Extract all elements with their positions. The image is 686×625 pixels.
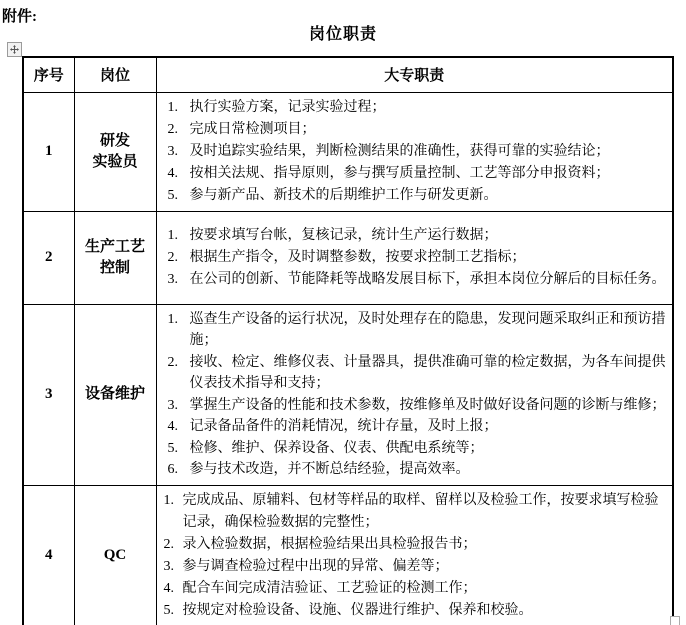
row-number: 1 <box>23 92 74 211</box>
duty-text: 录入检验数据，根据检验结果出具检验报告书； <box>183 534 669 556</box>
table-row: 1研发 实验员1.执行实验方案，记录实验过程；2.完成日常检测项目；3.及时追踪… <box>23 92 673 211</box>
move-cross-icon <box>10 45 19 54</box>
duty-text: 按规定对检验设备、设施、仪器进行维护、保养和校验。 <box>183 600 669 622</box>
duty-item: 3.及时追踪实验结果，判断检测结果的准确性，获得可靠的实验结论； <box>168 141 669 163</box>
duty-item: 5.参与新产品、新技术的后期维护工作与研发更新。 <box>168 185 669 207</box>
duty-item: 5.按规定对检验设备、设施、仪器进行维护、保养和校验。 <box>164 600 669 622</box>
table-resize-handle[interactable] <box>670 616 680 625</box>
duties-cell: 1.巡查生产设备的运行状况，及时处理存在的隐患，发现问题采取纠正和预访措施；2.… <box>156 304 673 485</box>
duties-cell: 1.执行实验方案，记录实验过程；2.完成日常检测项目；3.及时追踪实验结果，判断… <box>156 92 673 211</box>
row-number: 2 <box>23 211 74 304</box>
duty-item: 3.在公司的创新、节能降耗等战略发展目标下，承担本岗位分解后的目标任务。 <box>168 269 669 291</box>
duty-item: 2.接收、检定、维修仪表、计量器具，提供准确可靠的检定数据，为各车间提供仪表技术… <box>168 352 669 395</box>
duty-number: 2. <box>168 247 190 269</box>
duty-item: 4.配合车间完成清洁验证、工艺验证的检测工作； <box>164 578 669 600</box>
duty-number: 2. <box>168 119 190 141</box>
table-move-handle[interactable] <box>7 42 22 57</box>
duty-item: 1.按要求填写台帐，复核记录，统计生产运行数据； <box>168 225 669 247</box>
position-name: 设备维护 <box>74 304 156 485</box>
duty-number: 3. <box>168 395 190 417</box>
duty-item: 4.记录备品备件的消耗情况，统计存量，及时上报； <box>168 416 669 438</box>
duty-text: 检修、维护、保养设备、仪表、供配电系统等； <box>190 438 669 460</box>
duty-text: 参与技术改造，并不断总结经验，提高效率。 <box>190 459 669 481</box>
row-number: 4 <box>23 485 74 625</box>
duties-cell: 1.按要求填写台帐，复核记录，统计生产运行数据；2.根据生产指令，及时调整参数，… <box>156 211 673 304</box>
duty-number: 3. <box>164 556 183 578</box>
position-name: 研发 实验员 <box>74 92 156 211</box>
duty-text: 记录备品备件的消耗情况，统计存量，及时上报； <box>190 416 669 438</box>
duty-number: 2. <box>168 352 190 374</box>
duty-text: 参与新产品、新技术的后期维护工作与研发更新。 <box>190 185 669 207</box>
duty-text: 参与调查检验过程中出现的异常、偏差等； <box>183 556 669 578</box>
duty-item: 3.参与调查检验过程中出现的异常、偏差等； <box>164 556 669 578</box>
column-header-duties: 大专职责 <box>156 57 673 92</box>
document-page: 附件: 岗位职责 序号 岗位 大专职责 1研发 实验员1.执行实验方案，记录实验… <box>0 0 686 625</box>
duty-number: 1. <box>168 309 190 331</box>
duty-text: 在公司的创新、节能降耗等战略发展目标下，承担本岗位分解后的目标任务。 <box>190 269 669 291</box>
duty-item: 2.根据生产指令，及时调整参数，按要求控制工艺指标； <box>168 247 669 269</box>
duty-text: 接收、检定、维修仪表、计量器具，提供准确可靠的检定数据，为各车间提供仪表技术指导… <box>190 352 669 395</box>
duty-number: 6. <box>168 459 190 481</box>
duty-number: 3. <box>168 269 190 291</box>
position-name: 生产工艺 控制 <box>74 211 156 304</box>
duty-text: 完成日常检测项目； <box>190 119 669 141</box>
duty-text: 配合车间完成清洁验证、工艺验证的检测工作； <box>183 578 669 600</box>
duty-text: 执行实验方案，记录实验过程； <box>190 97 669 119</box>
duty-number: 3. <box>168 141 190 163</box>
duty-item: 5.检修、维护、保养设备、仪表、供配电系统等； <box>168 438 669 460</box>
table-row: 4QC1.完成成品、原辅料、包材等样品的取样、留样以及检验工作，按要求填写检验记… <box>23 485 673 625</box>
duty-number: 1. <box>168 225 190 247</box>
table-row: 3设备维护1.巡查生产设备的运行状况，及时处理存在的隐患，发现问题采取纠正和预访… <box>23 304 673 485</box>
duty-item: 1.执行实验方案，记录实验过程； <box>168 97 669 119</box>
duty-number: 5. <box>168 438 190 460</box>
duty-text: 根据生产指令，及时调整参数，按要求控制工艺指标； <box>190 247 669 269</box>
table-row: 2生产工艺 控制1.按要求填写台帐，复核记录，统计生产运行数据；2.根据生产指令… <box>23 211 673 304</box>
column-header-number: 序号 <box>23 57 74 92</box>
duty-text: 巡查生产设备的运行状况，及时处理存在的隐患，发现问题采取纠正和预访措施； <box>190 309 669 352</box>
duty-text: 及时追踪实验结果，判断检测结果的准确性，获得可靠的实验结论； <box>190 141 669 163</box>
row-number: 3 <box>23 304 74 485</box>
duty-item: 2.完成日常检测项目； <box>168 119 669 141</box>
duty-text: 按要求填写台帐，复核记录，统计生产运行数据； <box>190 225 669 247</box>
duty-text: 完成成品、原辅料、包材等样品的取样、留样以及检验工作，按要求填写检验记录，确保检… <box>183 490 669 534</box>
duty-number: 4. <box>168 416 190 438</box>
duty-number: 1. <box>164 490 183 512</box>
column-header-position: 岗位 <box>74 57 156 92</box>
duty-item: 6.参与技术改造，并不断总结经验，提高效率。 <box>168 459 669 481</box>
duty-item: 1.巡查生产设备的运行状况，及时处理存在的隐患，发现问题采取纠正和预访措施； <box>168 309 669 352</box>
duty-number: 1. <box>168 97 190 119</box>
duty-number: 5. <box>168 185 190 207</box>
duties-cell: 1.完成成品、原辅料、包材等样品的取样、留样以及检验工作，按要求填写检验记录，确… <box>156 485 673 625</box>
duty-text: 掌握生产设备的性能和技术参数，按维修单及时做好设备问题的诊断与维修； <box>190 395 669 417</box>
table-header-row: 序号 岗位 大专职责 <box>23 57 673 92</box>
duty-text: 按相关法规、指导原则，参与撰写质量控制、工艺等部分申报资料； <box>190 163 669 185</box>
duty-number: 2. <box>164 534 183 556</box>
position-name: QC <box>74 485 156 625</box>
duties-table: 序号 岗位 大专职责 1研发 实验员1.执行实验方案，记录实验过程；2.完成日常… <box>22 56 674 625</box>
duty-item: 3.掌握生产设备的性能和技术参数，按维修单及时做好设备问题的诊断与维修； <box>168 395 669 417</box>
duty-number: 4. <box>164 578 183 600</box>
duty-item: 4.按相关法规、指导原则，参与撰写质量控制、工艺等部分申报资料； <box>168 163 669 185</box>
duty-item: 1.完成成品、原辅料、包材等样品的取样、留样以及检验工作，按要求填写检验记录，确… <box>164 490 669 534</box>
duty-number: 5. <box>164 600 183 622</box>
duty-item: 2.录入检验数据，根据检验结果出具检验报告书； <box>164 534 669 556</box>
duty-number: 4. <box>168 163 190 185</box>
page-title: 岗位职责 <box>0 21 686 44</box>
